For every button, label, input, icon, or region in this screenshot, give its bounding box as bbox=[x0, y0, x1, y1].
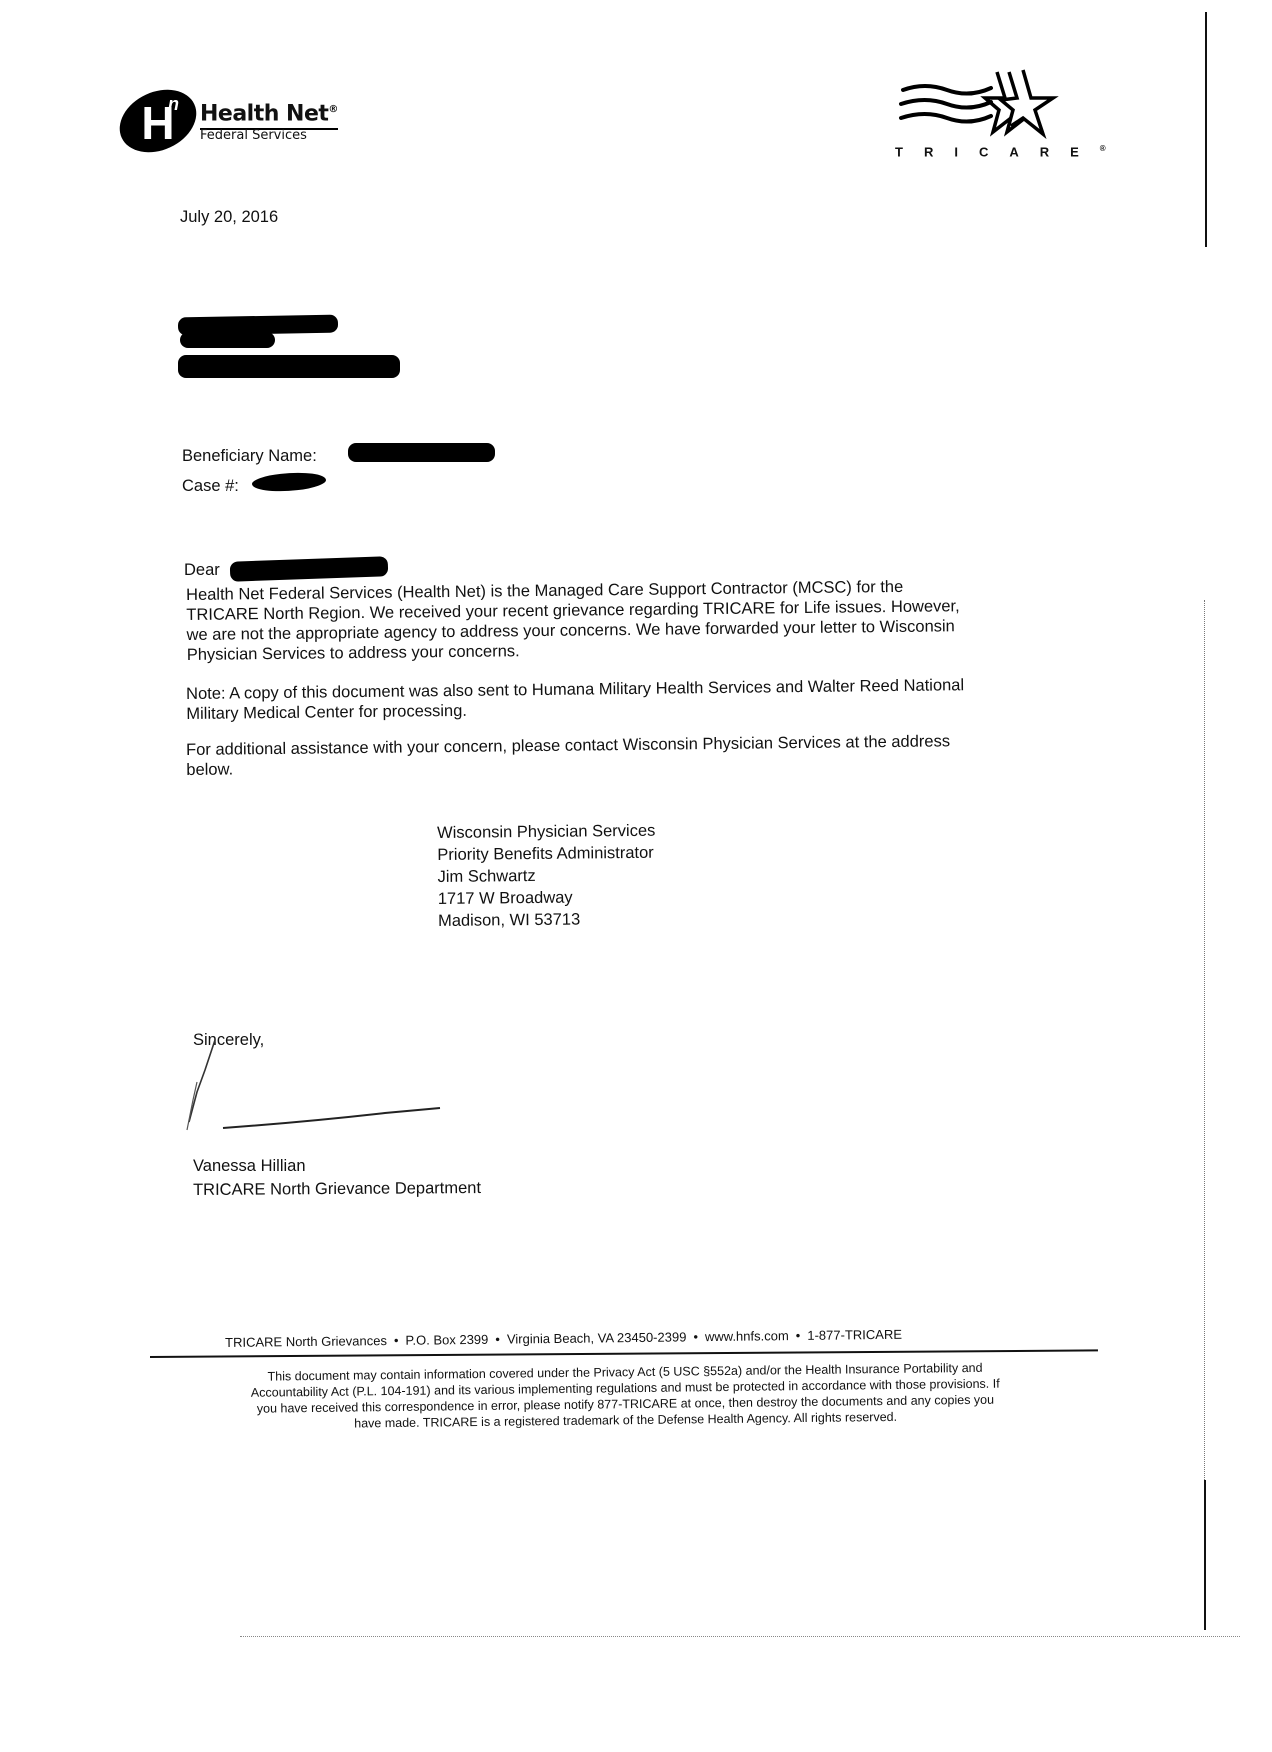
footer-separator: • bbox=[693, 1329, 698, 1344]
salutation-label: Dear bbox=[184, 561, 220, 579]
signer-department: TRICARE North Grievance Department bbox=[193, 1178, 481, 1201]
body-paragraph-3: For additional assistance with your conc… bbox=[186, 731, 950, 780]
healthnet-name: Health Net® bbox=[200, 97, 338, 130]
salutation: Dear bbox=[184, 560, 220, 581]
footer-org: TRICARE North Grievances bbox=[225, 1333, 387, 1350]
letter-date: July 20, 2016 bbox=[180, 207, 278, 228]
footer-city: Virginia Beach, VA 23450-2399 bbox=[507, 1329, 687, 1346]
tricare-wordmark-text: TRICARE bbox=[895, 144, 1100, 159]
body-paragraph-1: Health Net Federal Services (Health Net)… bbox=[186, 576, 960, 665]
body-paragraph-2: Note: A copy of this document was also s… bbox=[186, 675, 964, 724]
footer-separator: • bbox=[495, 1332, 500, 1347]
scan-margin-dots bbox=[1204, 600, 1206, 1480]
footer-divider bbox=[150, 1349, 1098, 1358]
scan-margin-line bbox=[1204, 1480, 1206, 1630]
address-organization: Wisconsin Physician Services bbox=[437, 820, 655, 844]
beneficiary-name-label: Beneficiary Name: bbox=[182, 447, 317, 465]
tricare-wordmark: TRICARE® bbox=[895, 144, 1106, 159]
registered-mark: ® bbox=[1100, 144, 1106, 153]
redacted-salutation-name bbox=[230, 556, 389, 582]
scan-margin-line bbox=[1205, 12, 1207, 247]
footer-po-box: P.O. Box 2399 bbox=[405, 1332, 488, 1348]
case-number-field: Case #: bbox=[182, 476, 239, 497]
redacted-beneficiary-name bbox=[348, 443, 495, 462]
footer-website-link[interactable]: www.hnfs.com bbox=[705, 1328, 789, 1344]
footer-phone: 1-877-TRICARE bbox=[807, 1327, 902, 1343]
signer-name: Vanessa Hillian bbox=[193, 1156, 306, 1177]
footer-separator: • bbox=[796, 1328, 801, 1343]
footer-disclaimer: This document may contain information co… bbox=[150, 1358, 1101, 1434]
case-number-label: Case #: bbox=[182, 477, 239, 495]
address-contact-name: Jim Schwartz bbox=[437, 864, 655, 888]
handwritten-signature-icon bbox=[175, 1030, 475, 1160]
footer-contact-line: TRICARE North Grievances•P.O. Box 2399•V… bbox=[225, 1327, 902, 1350]
address-street: 1717 W Broadway bbox=[438, 886, 656, 910]
healthnet-subtitle: Federal Services bbox=[200, 128, 307, 143]
beneficiary-name-field: Beneficiary Name: bbox=[182, 446, 317, 467]
healthnet-name-text: Health Net bbox=[200, 101, 328, 126]
scan-bottom-dots bbox=[240, 1636, 1240, 1638]
healthnet-logo: H n Health Net® Federal Services bbox=[118, 88, 338, 158]
contact-address-block: Wisconsin Physician Services Priority Be… bbox=[437, 820, 656, 932]
address-city-state-zip: Madison, WI 53713 bbox=[438, 908, 656, 932]
redacted-case-number bbox=[251, 469, 326, 495]
registered-mark: ® bbox=[328, 104, 338, 115]
healthnet-monogram-superscript: n bbox=[168, 94, 179, 115]
tricare-flag-stars-logo-icon bbox=[895, 60, 1095, 140]
address-department: Priority Benefits Administrator bbox=[437, 842, 655, 866]
footer-separator: • bbox=[394, 1333, 399, 1348]
tricare-logo: TRICARE® bbox=[895, 60, 1095, 160]
